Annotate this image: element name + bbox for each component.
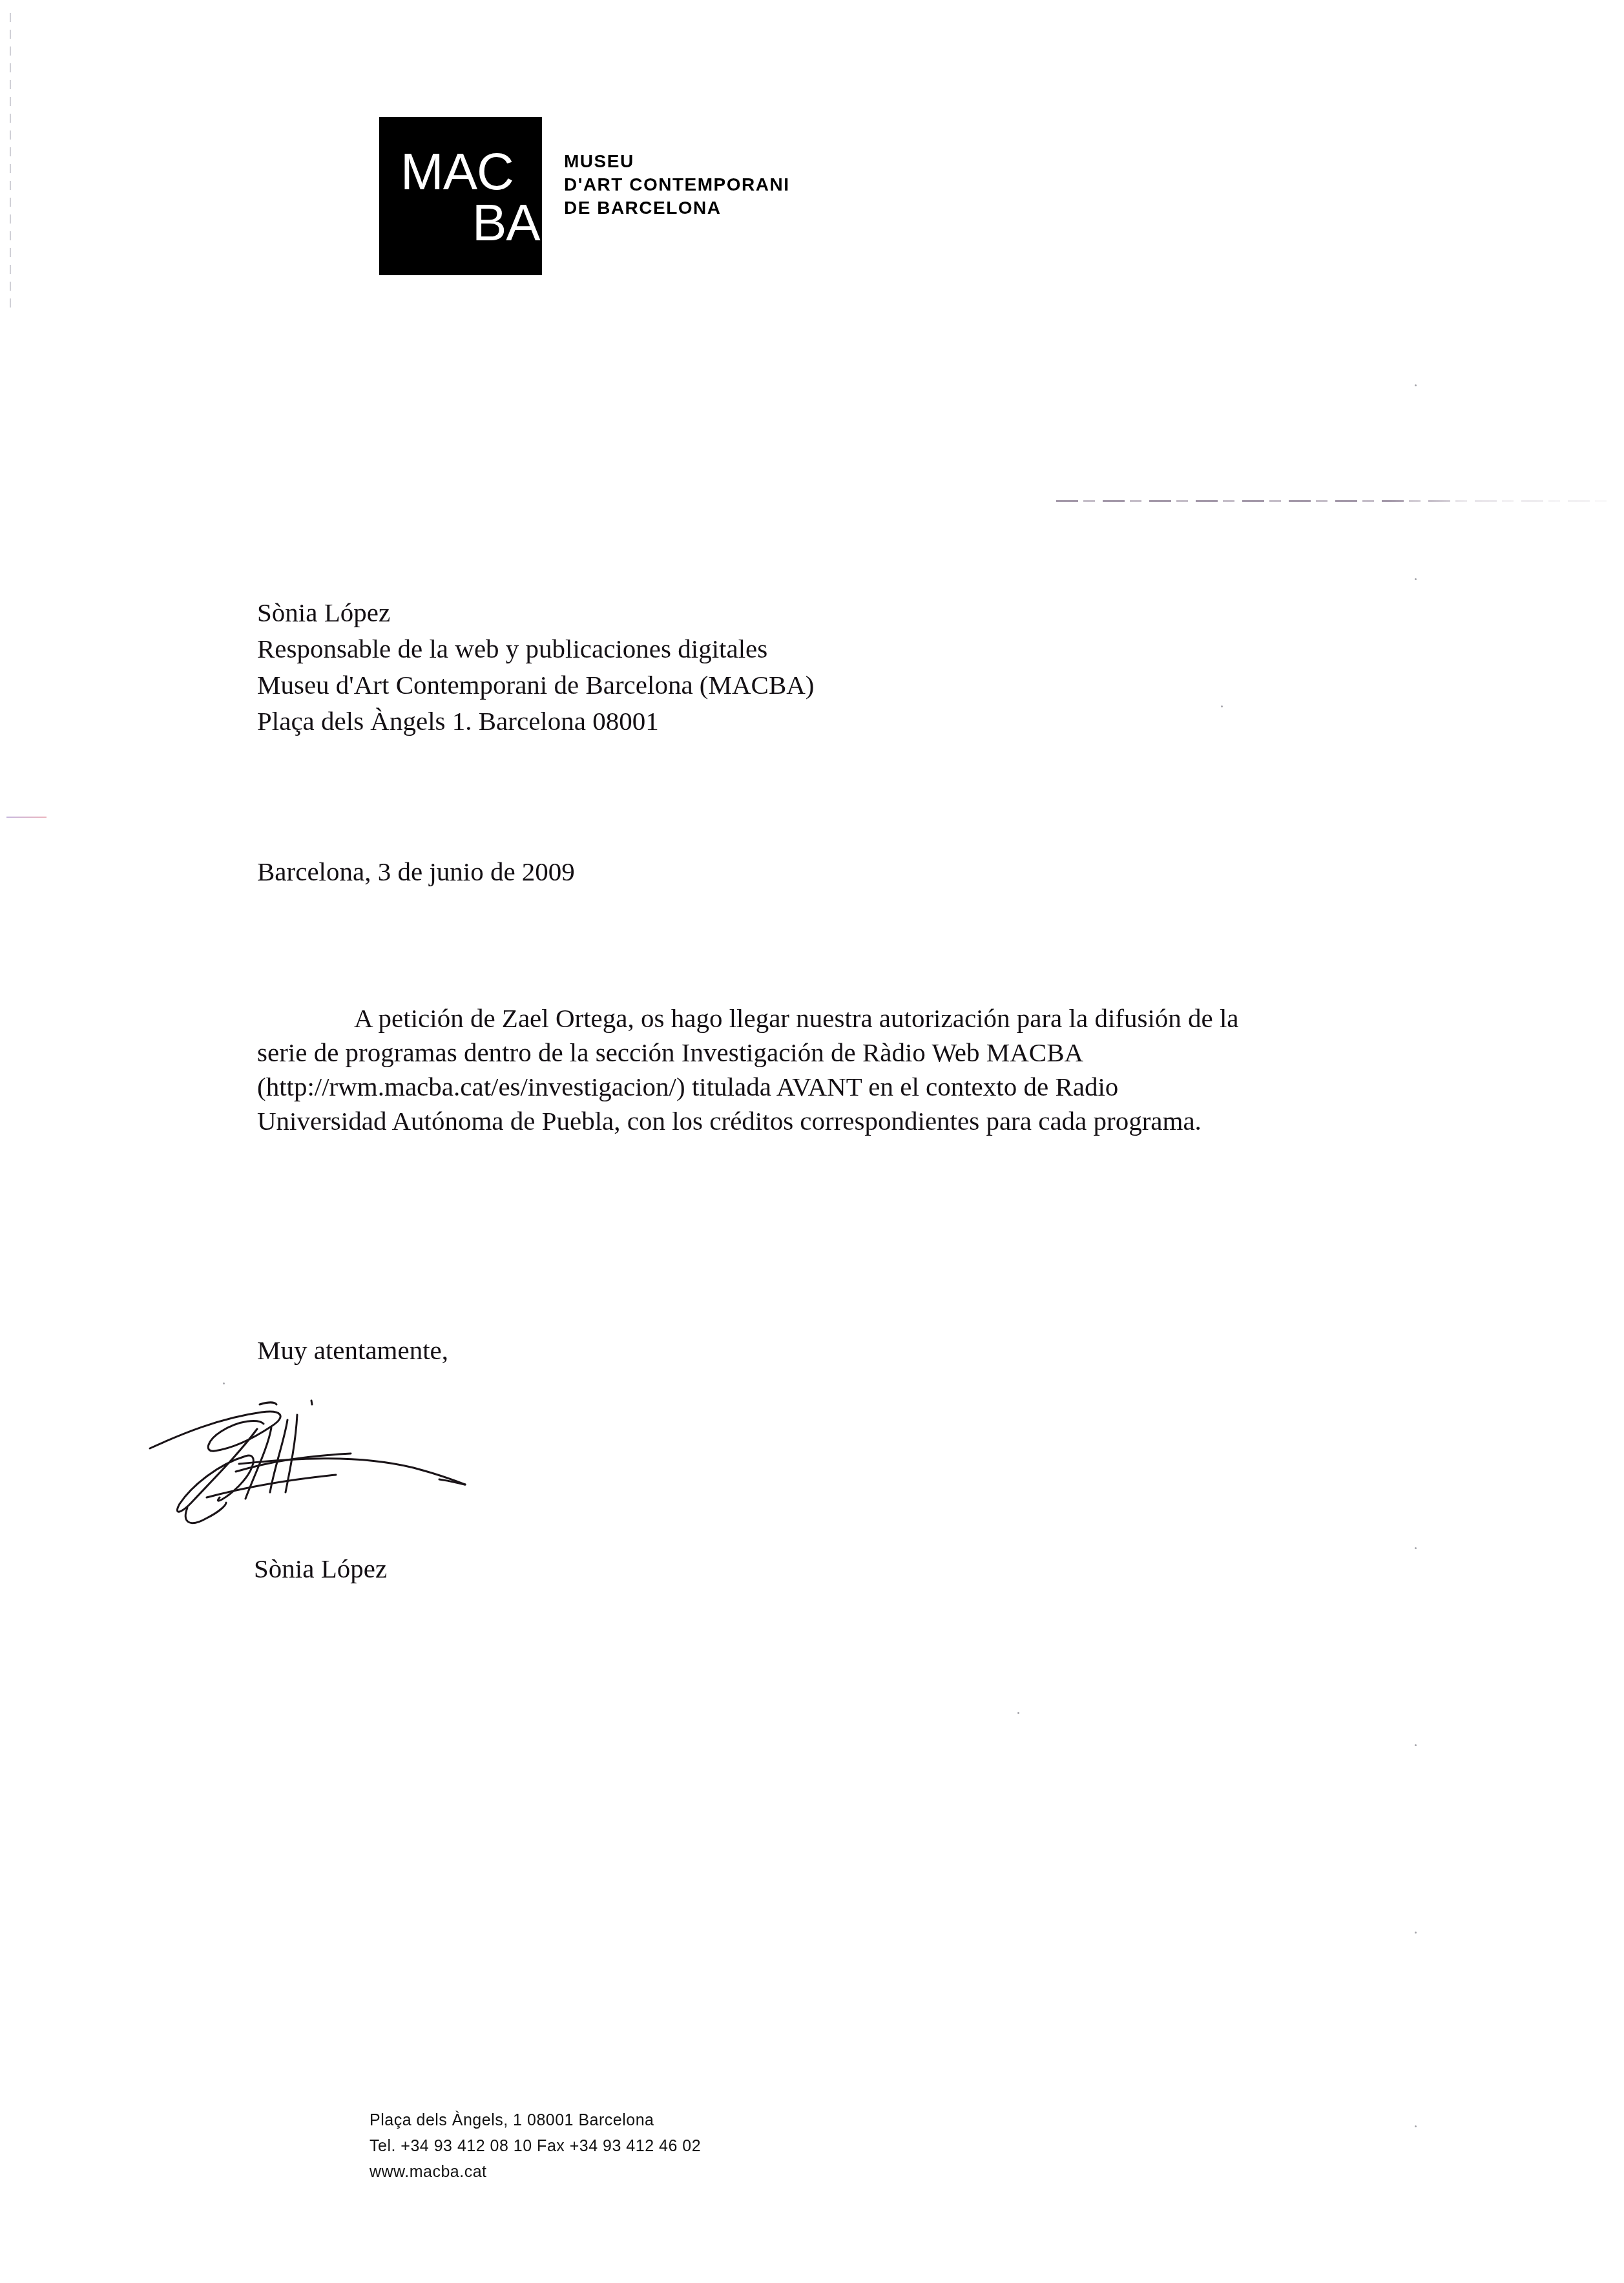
- scan-margin-mark: [6, 817, 47, 818]
- scan-speck: [1415, 1932, 1417, 1934]
- body-line: serie de programas dentro de la sección …: [257, 1039, 1083, 1066]
- scan-edge-mark: [10, 13, 11, 310]
- scan-speck: [1415, 384, 1417, 386]
- closing-salutation: Muy atentamente,: [257, 1337, 448, 1364]
- addressee-address: Plaça dels Àngels 1. Barcelona 08001: [257, 708, 659, 735]
- body-line: Universidad Autónoma de Puebla, con los …: [257, 1108, 1202, 1134]
- signature-icon: [142, 1389, 478, 1544]
- letter-date: Barcelona, 3 de junio de 2009: [257, 859, 575, 885]
- addressee-name: Sònia López: [257, 599, 390, 626]
- scan-dashed-line: [1056, 500, 1612, 502]
- footer-phone-fax: Tel. +34 93 412 08 10 Fax +34 93 412 46 …: [370, 2133, 701, 2159]
- scan-speck: [223, 1382, 225, 1384]
- addressee-title: Responsable de la web y publicaciones di…: [257, 636, 767, 662]
- addressee-organization: Museu d'Art Contemporani de Barcelona (M…: [257, 672, 815, 698]
- scan-speck: [1415, 578, 1417, 580]
- scan-speck: [1415, 1744, 1417, 1746]
- museum-name-line: DE BARCELONA: [564, 196, 789, 220]
- museum-name: MUSEU D'ART CONTEMPORANI DE BARCELONA: [564, 150, 789, 220]
- scan-speck: [1221, 705, 1223, 707]
- logo-mark-mac: MAC: [401, 146, 514, 198]
- signer-name: Sònia López: [254, 1556, 387, 1582]
- logo-mark-ba: BA: [472, 197, 540, 249]
- body-line: (http://rwm.macba.cat/es/investigacion/)…: [257, 1074, 1118, 1100]
- scan-speck: [1415, 1547, 1417, 1549]
- museum-name-line: MUSEU: [564, 150, 789, 173]
- scan-speck: [1415, 2125, 1417, 2127]
- footer-address: Plaça dels Àngels, 1 08001 Barcelona: [370, 2107, 701, 2133]
- body-line: A petición de Zael Ortega, os hago llega…: [354, 1005, 1239, 1032]
- scan-speck: [1017, 1712, 1019, 1714]
- footer-website: www.macba.cat: [370, 2159, 701, 2185]
- letterhead-footer: Plaça dels Àngels, 1 08001 Barcelona Tel…: [370, 2107, 701, 2185]
- museum-name-line: D'ART CONTEMPORANI: [564, 173, 789, 196]
